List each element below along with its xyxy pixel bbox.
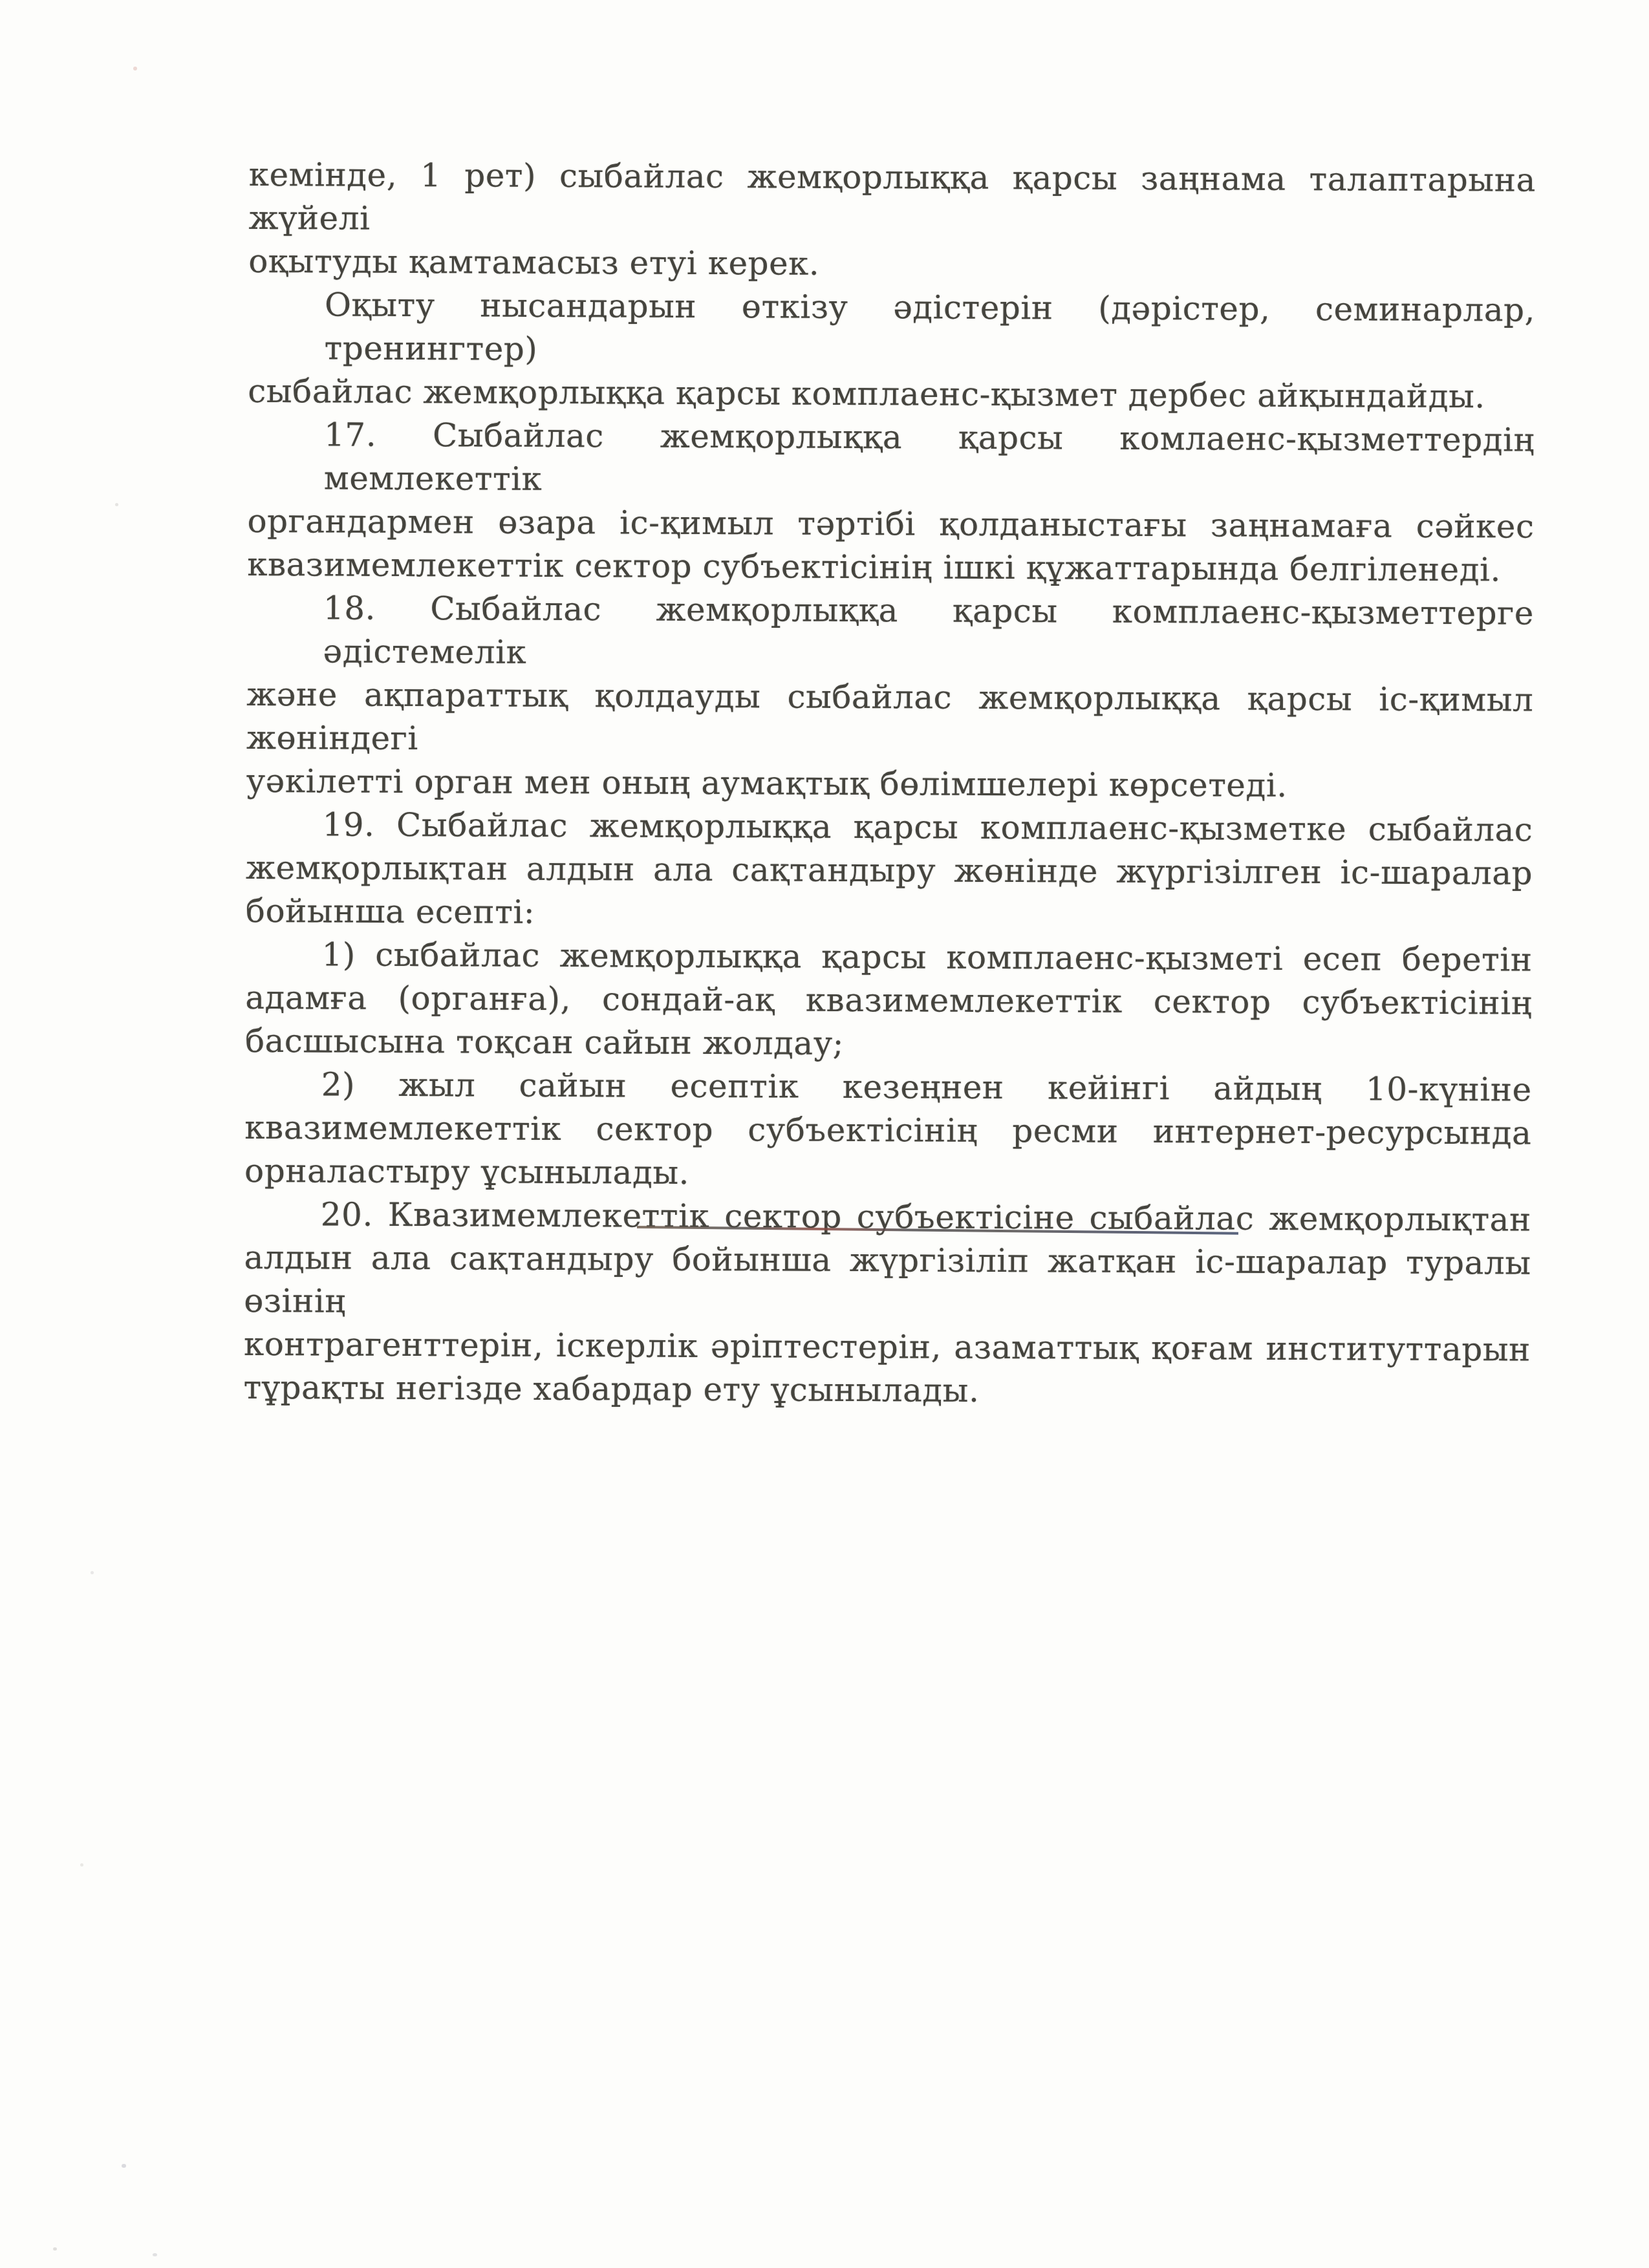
scan-speck: [133, 67, 137, 70]
text-line: 2) жыл сайын есептік кезеңнен кейінгі ай…: [245, 1063, 1532, 1112]
text-line: алдын ала сақтандыру бойынша жүргізіліп …: [244, 1236, 1531, 1329]
scan-speck: [115, 503, 118, 506]
paragraph-18: 18. Сыбайлас жемқорлыққа қарсы комплаенс…: [246, 586, 1534, 809]
scan-speck: [91, 1571, 94, 1574]
text-line: басшысына тоқсан сайын жолдау;: [245, 1020, 1532, 1069]
subitem-2: 2) жыл сайын есептік кезеңнен кейінгі ай…: [244, 1063, 1532, 1199]
paragraph-20: 20. Квазимемлекеттік сектор субъектісіне…: [244, 1193, 1531, 1415]
subitem-1: 1) сыбайлас жемқорлыққа қарсы комплаенс-…: [245, 933, 1533, 1069]
text-line: жемқорлықтан алдын ала сақтандыру жөнінд…: [246, 846, 1533, 895]
scan-speck: [153, 2253, 157, 2256]
text-line: кемінде, 1 рет) сыбайлас жемқорлыққа қар…: [248, 153, 1536, 246]
text-line: және ақпараттық қолдауды сыбайлас жемқор…: [246, 673, 1534, 765]
text-line: 20. Квазимемлекеттік сектор субъектісіне…: [244, 1193, 1531, 1242]
text-line: 19. Сыбайлас жемқорлыққа қарсы комплаенс…: [246, 803, 1533, 852]
document-text-block: кемінде, 1 рет) сыбайлас жемқорлыққа қар…: [244, 153, 1536, 1415]
text-line: 18. Сыбайлас жемқорлыққа қарсы комплаенс…: [246, 586, 1534, 679]
scan-speck: [122, 2164, 126, 2168]
text-line: органдармен өзара іс-қимыл тәртібі қолда…: [247, 500, 1534, 549]
scan-speck: [53, 2247, 57, 2251]
text-line: квазимемлекеттік сектор субъектісінің ре…: [244, 1106, 1531, 1155]
paragraph-16-continuation: кемінде, 1 рет) сыбайлас жемқорлыққа қар…: [248, 153, 1536, 289]
scan-speck: [80, 1863, 83, 1867]
text-line: орналастыру ұсынылады.: [244, 1150, 1531, 1199]
text-line: уәкілетті орган мен оның аумақтық бөлімш…: [246, 760, 1533, 809]
text-line: 1) сыбайлас жемқорлыққа қарсы комплаенс-…: [245, 933, 1532, 982]
text-line: оқытуды қамтамасыз етуі керек.: [248, 240, 1535, 289]
text-line: сыбайлас жемқорлыққа қарсы комплаенс-қыз…: [248, 370, 1535, 419]
paragraph-19: 19. Сыбайлас жемқорлыққа қарсы комплаенс…: [246, 803, 1533, 939]
text-line: Оқыту нысандарын өткізу әдістерін (дәріс…: [248, 283, 1536, 376]
text-line: квазимемлекеттік сектор субъектісінің іш…: [247, 543, 1534, 592]
paragraph-17: 17. Сыбайлас жемқорлыққа қарсы комлаенс-…: [247, 413, 1535, 592]
text-line: адамға (органға), сондай-ақ квазимемлеке…: [245, 976, 1532, 1025]
text-line: бойынша есепті:: [246, 890, 1533, 939]
text-line: тұрақты негізде хабардар ету ұсынылады.: [244, 1366, 1531, 1415]
scanned-document-page: кемінде, 1 рет) сыбайлас жемқорлыққа қар…: [0, 0, 1649, 2268]
paragraph-training-forms: Оқыту нысандарын өткізу әдістерін (дәріс…: [248, 283, 1535, 419]
text-line: контрагенттерін, іскерлік әріптестерін, …: [244, 1323, 1531, 1372]
text-line: 17. Сыбайлас жемқорлыққа қарсы комлаенс-…: [248, 413, 1535, 506]
